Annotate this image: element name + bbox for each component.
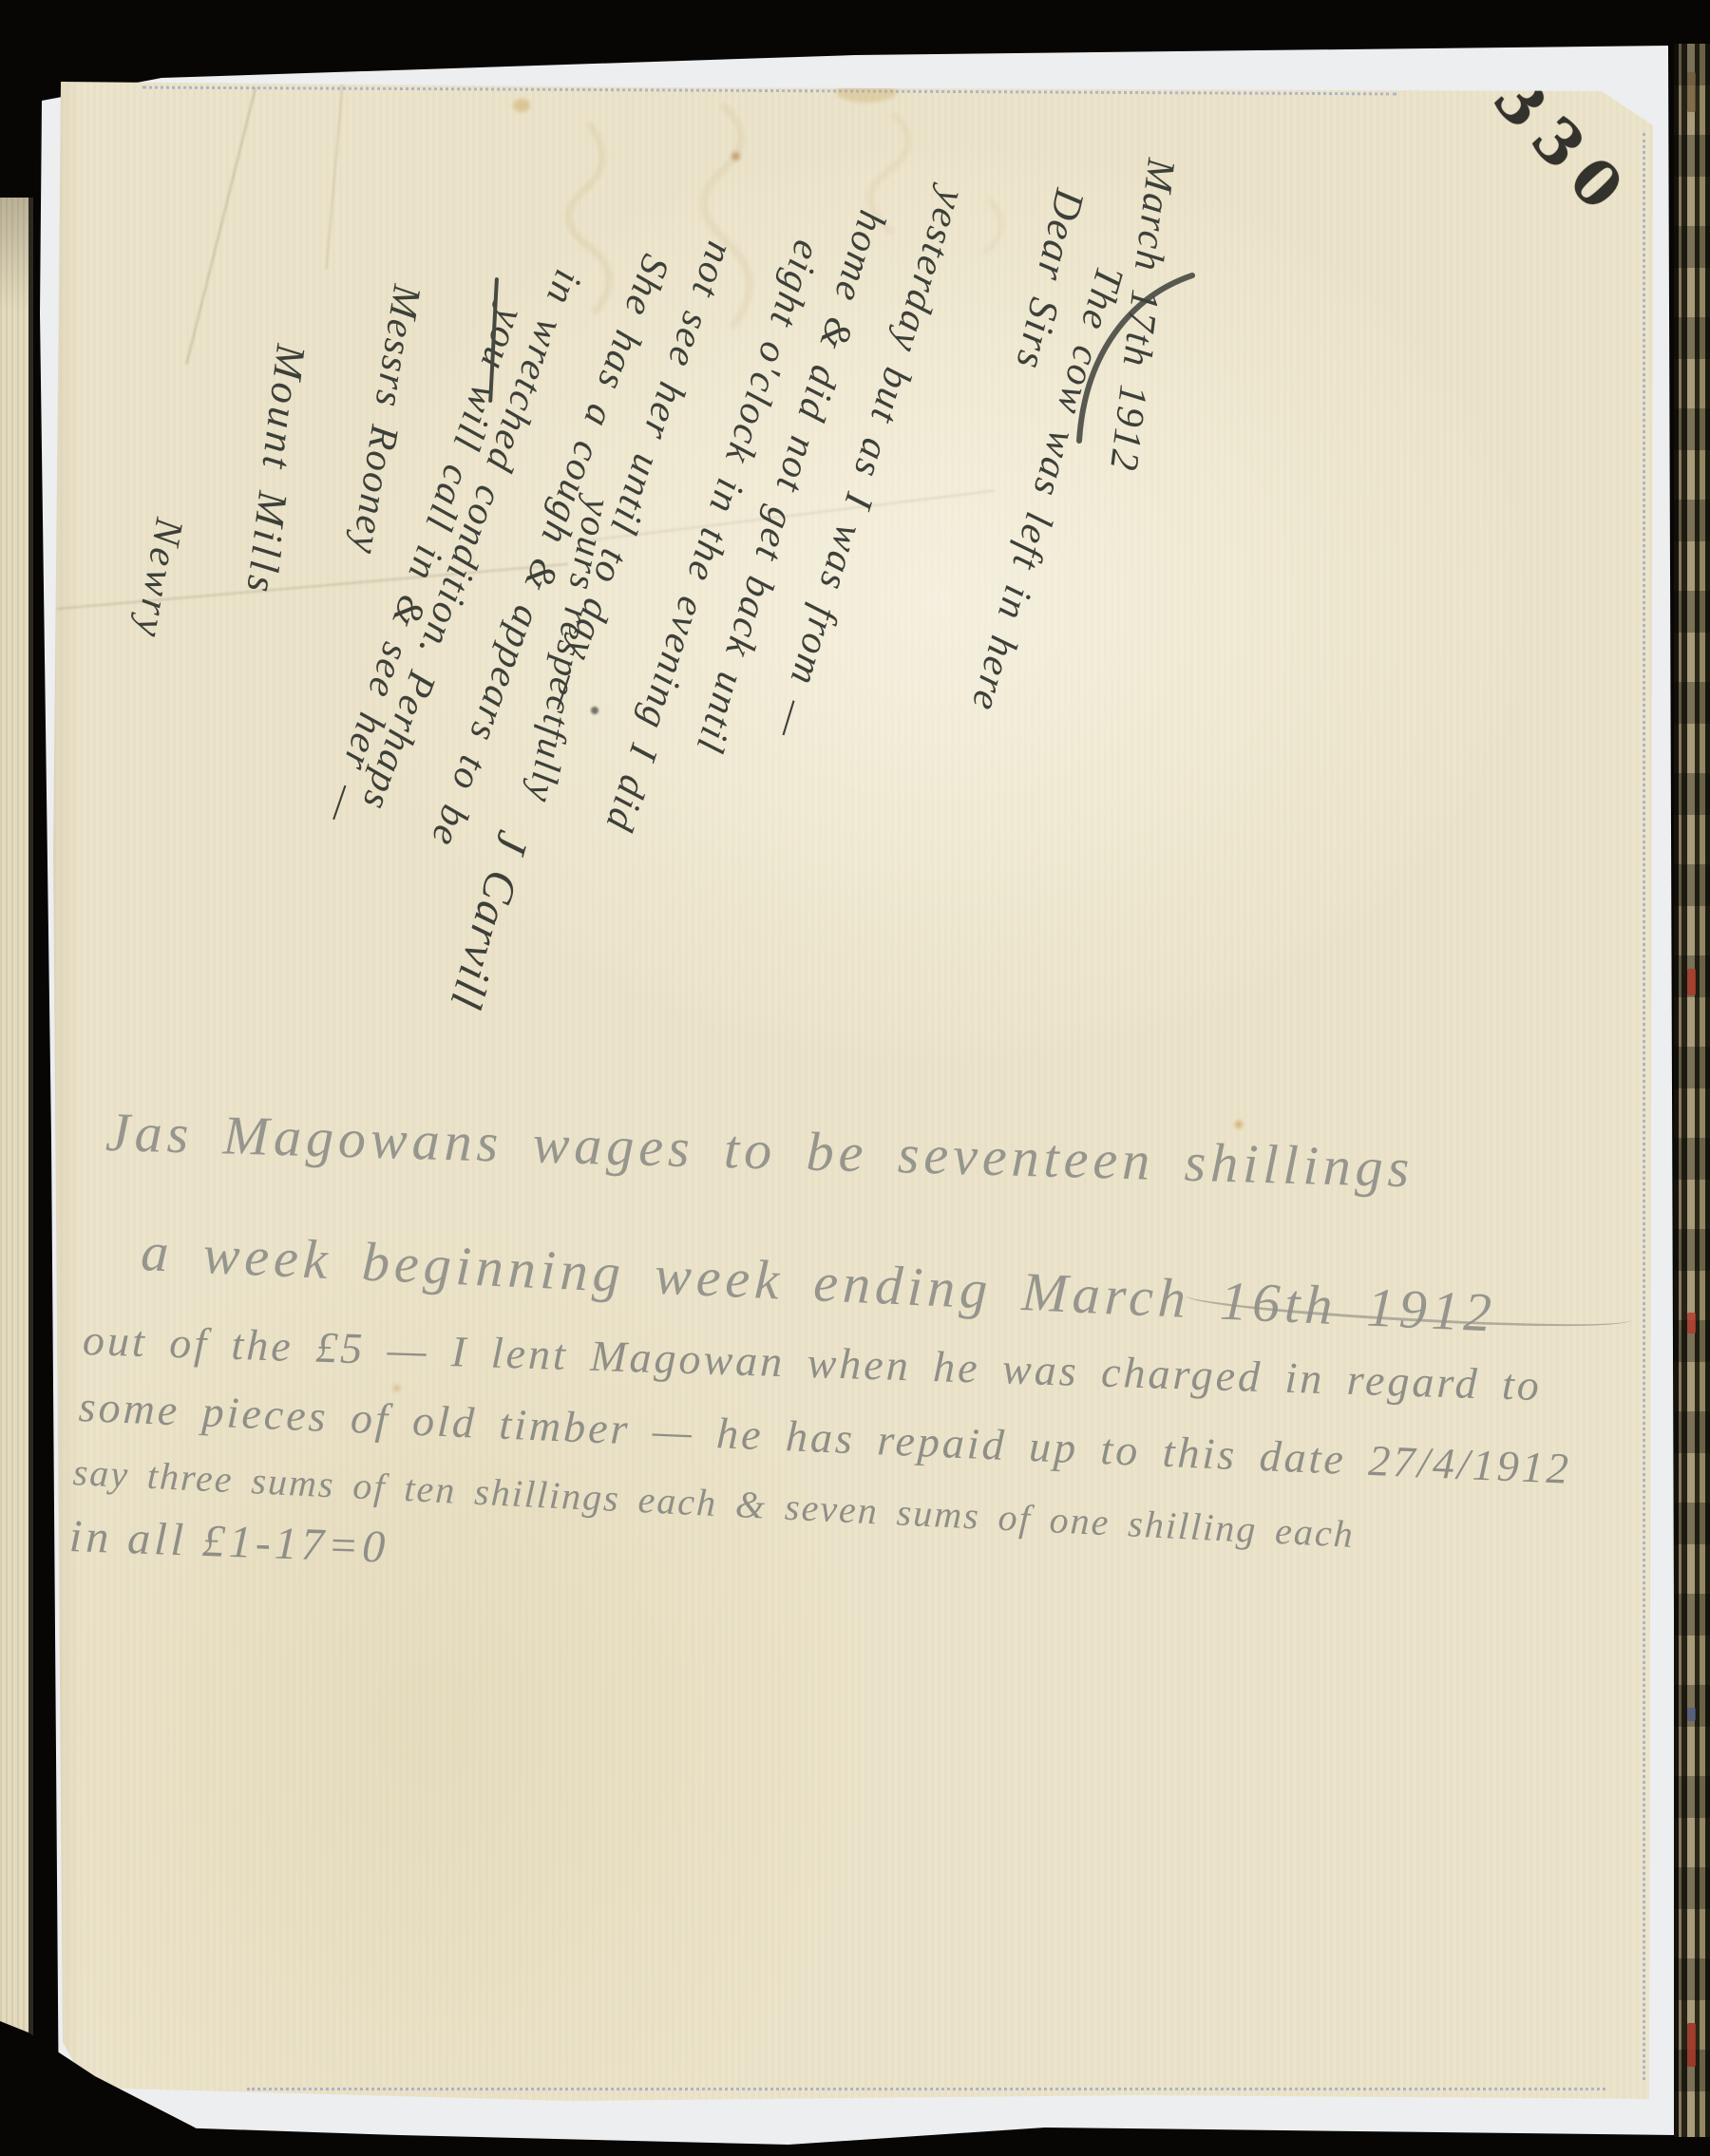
stain (393, 1385, 400, 1391)
letter-address-line: Newry (125, 515, 192, 644)
crease (326, 80, 344, 269)
pencil-note-line: in all £1-17=0 (68, 1510, 389, 1574)
letter-signature: J Carvill (439, 825, 540, 1016)
edge-mark-red (1687, 2023, 1696, 2067)
ink-blot (591, 707, 598, 714)
book-gutter-left (0, 198, 33, 2156)
stain (513, 99, 530, 112)
stain (1235, 1121, 1243, 1128)
pencil-note-line: Jas Magowans wages to be seventeen shill… (104, 1100, 1415, 1200)
letter-address-line: Mount Mills (237, 342, 315, 599)
crease (185, 87, 256, 365)
edge-mark-brown (1687, 72, 1696, 112)
edge-mark-red (1687, 1313, 1696, 1333)
edge-mark-red (1687, 969, 1696, 995)
page-edges-shading (1674, 44, 1710, 2137)
book-page-edges-right (1674, 44, 1710, 2137)
edge-mark-blue (1687, 1708, 1696, 1721)
diary-page: 330 March 17th 1912 Dear Sirs The cow wa… (0, 0, 1710, 2156)
open-diary-photo: 330 March 17th 1912 Dear Sirs The cow wa… (0, 0, 1710, 2156)
perforation-dots-right (1643, 133, 1645, 2080)
perforation-dots-bottom (247, 2088, 1605, 2090)
